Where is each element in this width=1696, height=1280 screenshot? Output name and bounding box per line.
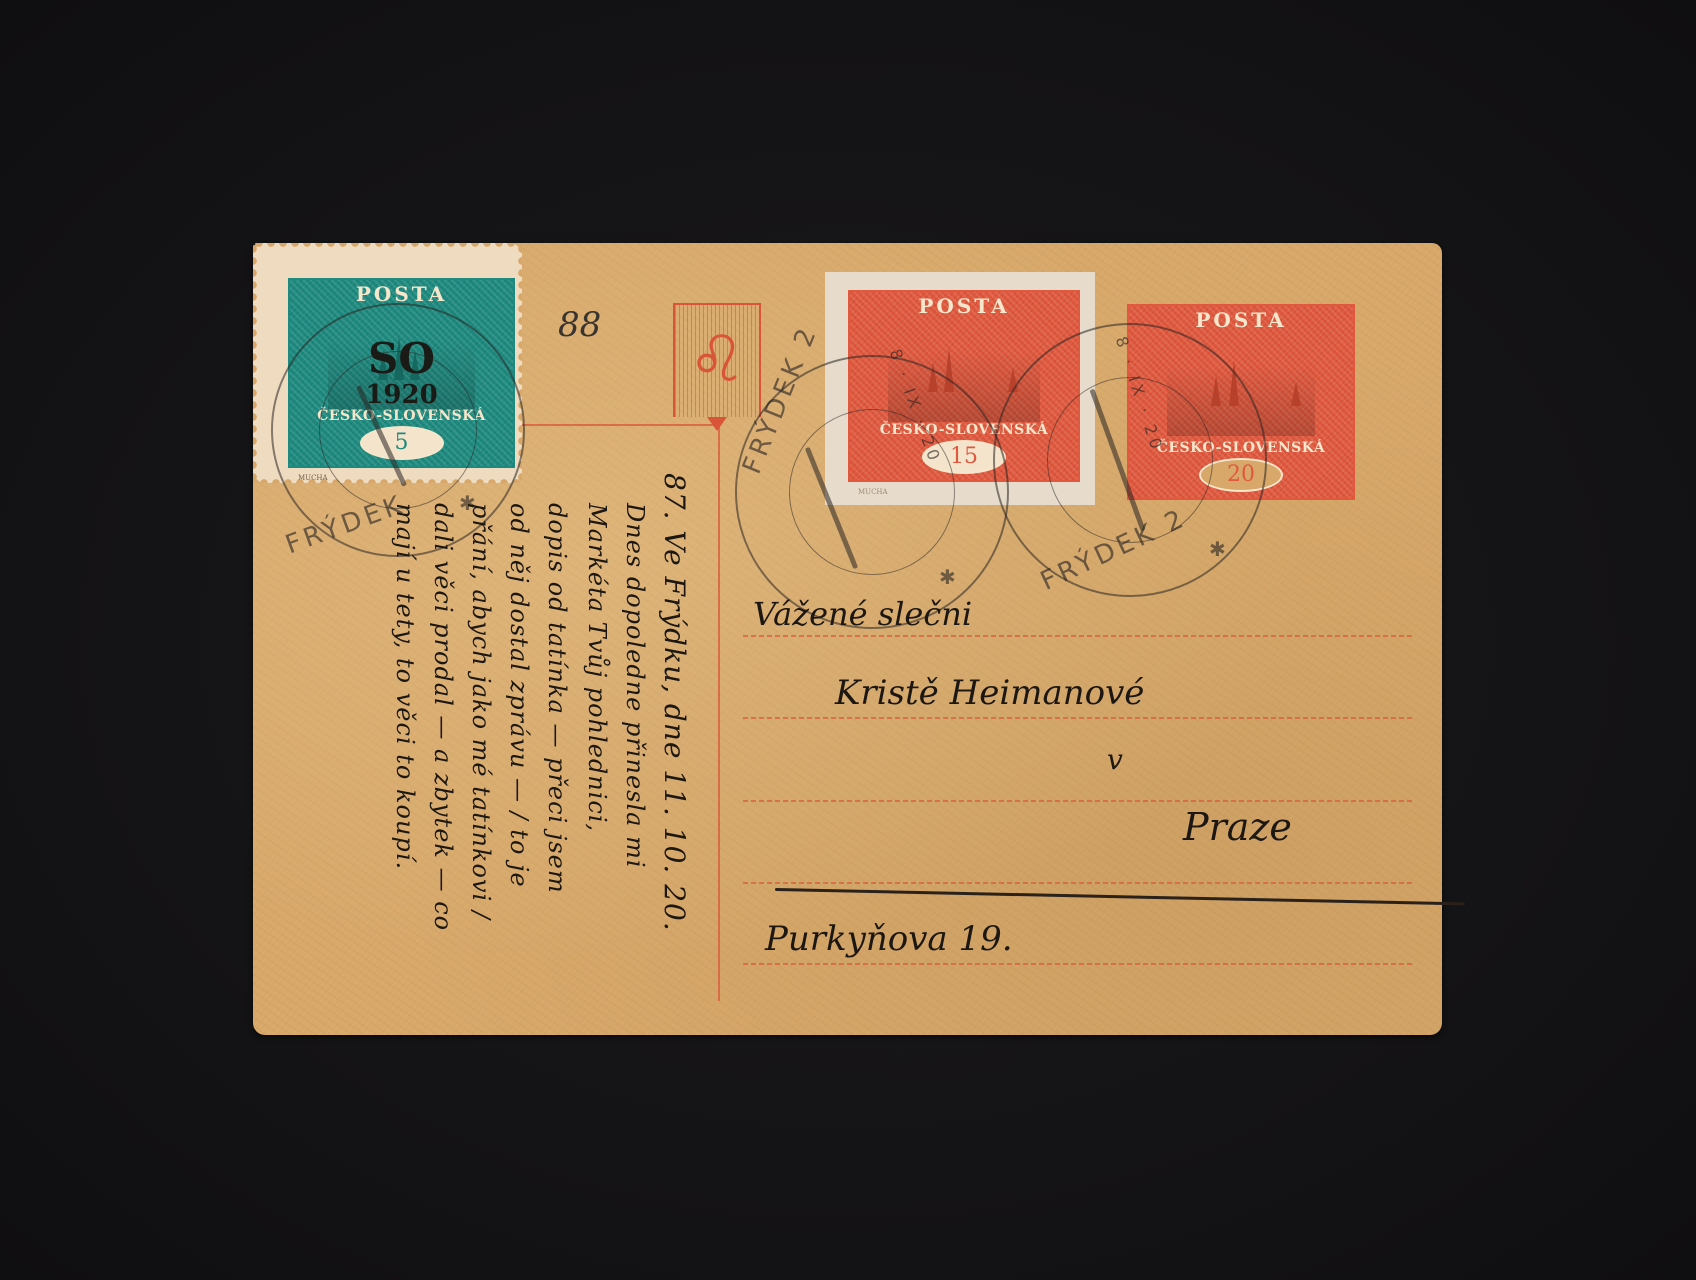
message-line: dali věci prodal — a zbytek — co — [429, 503, 457, 931]
postmark-2: FRÝDEK 2 8 · IX · 20 ✱ — [735, 355, 1009, 629]
address-line-2 — [743, 717, 1413, 719]
lion-icon: ♌ — [685, 315, 749, 409]
message-line: přání, abych jako mé tatínkovi / — [467, 503, 495, 920]
message-line: Dnes dopoledne přinesla mi — [621, 503, 649, 869]
message-line: dopis od tatínka — přeci jsem — [543, 503, 571, 894]
address-preposition: v — [1107, 743, 1123, 776]
postmark-star-icon: ✱ — [1209, 537, 1226, 561]
perforation-left — [253, 243, 261, 483]
address-line-1 — [743, 635, 1413, 637]
postcard: 88 ♌ POSTA SO 1920 ČESKO-SLOVENSKÁ 5 MUC… — [253, 243, 1442, 1035]
address-salutation: Vážené slečni — [753, 595, 972, 633]
message-line: 87. Ve Frýdku, dne 11. 10. 20. — [658, 473, 691, 932]
address-line-3 — [743, 800, 1413, 802]
message-line: mají u tety, to věci to koupí. — [391, 503, 419, 870]
city-underline — [775, 888, 1465, 905]
postmark-star-icon: ✱ — [939, 565, 956, 589]
postmark-inner-ring — [1047, 377, 1213, 543]
message-line: Markéta Tvůj pohlednici, — [583, 503, 611, 832]
pencil-number: 88 — [558, 305, 601, 345]
message-address-divider — [718, 424, 720, 1001]
perforation-top — [253, 243, 522, 251]
address-street: Purkyňova 19. — [765, 919, 1013, 959]
postmark-3: FRÝDEK 2 8 · IX · 20 ✱ — [993, 323, 1267, 597]
stamp-header: POSTA — [850, 294, 1078, 318]
address-recipient: Kristě Heimanové — [835, 673, 1144, 713]
address-line-4 — [743, 882, 1413, 884]
address-line-5 — [743, 963, 1413, 965]
address-city: Praze — [1183, 805, 1292, 849]
message-text: 87. Ve Frýdku, dne 11. 10. 20. Dnes dopo… — [271, 463, 701, 983]
message-line: od něj dostal zprávu — / to je — [505, 503, 533, 888]
coat-of-arms-icon: ♌ — [673, 303, 761, 417]
